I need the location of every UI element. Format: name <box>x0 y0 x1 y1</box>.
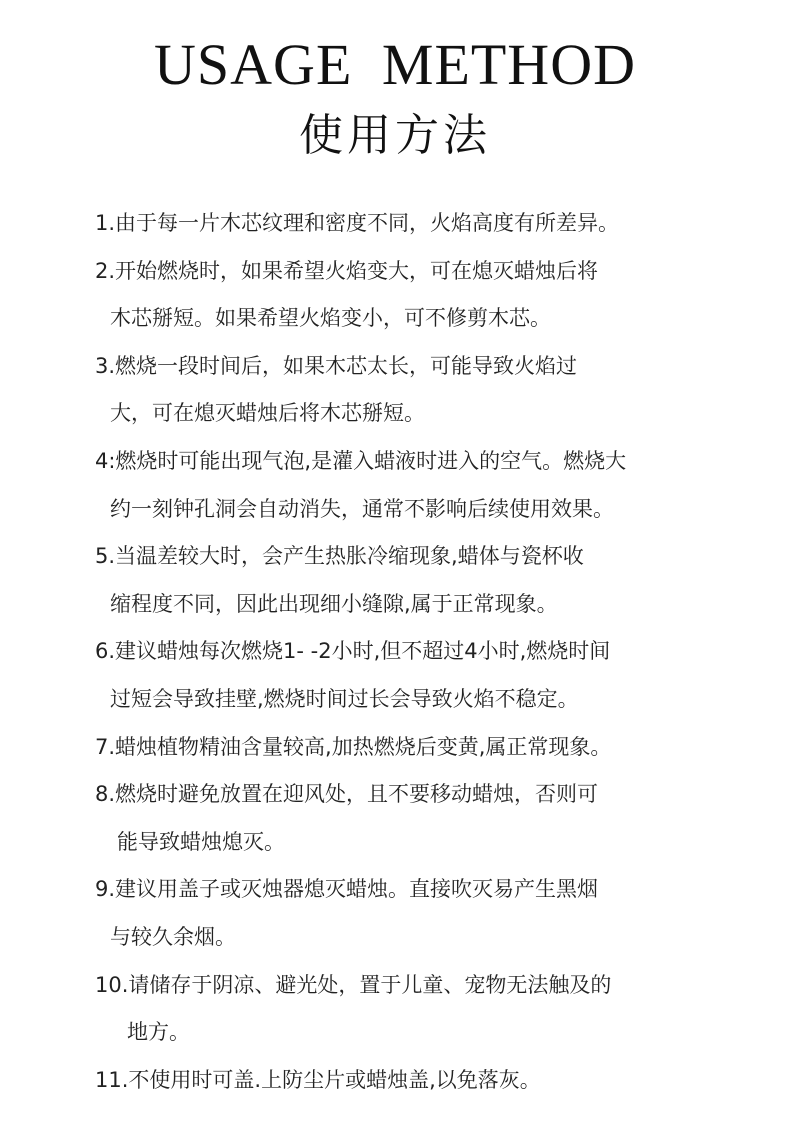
instruction-line: 7.蜡烛植物精油含量较高,加热燃烧后变黄,属正常现象。 <box>95 724 755 772</box>
instruction-item-2: 2.开始燃烧时，如果希望火焰变大，可在熄灭蜡烛后将 木芯掰短。如果希望火焰变小，… <box>95 248 755 343</box>
instruction-line: 6.建议蜡烛每次燃烧1- -2小时,但不超过4小时,燃烧时间 <box>95 628 755 676</box>
instruction-list: 1.由于每一片木芯纹理和密度不同，火焰高度有所差异。 2.开始燃烧时，如果希望火… <box>95 200 755 1104</box>
instruction-line: 8.燃烧时避免放置在迎风处，且不要移动蜡烛，否则可 <box>95 771 755 819</box>
instruction-line: 2.开始燃烧时，如果希望火焰变大，可在熄灭蜡烛后将 <box>95 248 755 296</box>
instruction-line-continued: 缩程度不同，因此出现细小缝隙,属于正常现象。 <box>95 581 755 629</box>
instruction-line-continued: 地方。 <box>95 1009 755 1057</box>
instruction-line-continued: 约一刻钟孔洞会自动消失，通常不影响后续使用效果。 <box>95 486 755 534</box>
instruction-line: 3.燃烧一段时间后，如果木芯太长，可能导致火焰过 <box>95 343 755 391</box>
instruction-line-continued: 过短会导致挂壁,燃烧时间过长会导致火焰不稳定。 <box>95 676 755 724</box>
instruction-line-continued: 能导致蜡烛熄灭。 <box>95 819 755 867</box>
instruction-line: 10.请储存于阴凉、避光处，置于儿童、宠物无法触及的 <box>95 962 755 1010</box>
instruction-line-continued: 大，可在熄灭蜡烛后将木芯掰短。 <box>95 390 755 438</box>
instruction-line: 11.不使用时可盖.上防尘片或蜡烛盖,以免落灰。 <box>95 1057 755 1105</box>
page-title-english: USAGE METHOD <box>0 34 790 96</box>
instruction-line-continued: 与较久余烟。 <box>95 914 755 962</box>
instruction-item-1: 1.由于每一片木芯纹理和密度不同，火焰高度有所差异。 <box>95 200 755 248</box>
instruction-line: 1.由于每一片木芯纹理和密度不同，火焰高度有所差异。 <box>95 200 755 248</box>
instruction-item-8: 8.燃烧时避免放置在迎风处，且不要移动蜡烛，否则可 能导致蜡烛熄灭。 <box>95 771 755 866</box>
page-title-chinese: 使用方法 <box>0 108 790 164</box>
instruction-item-7: 7.蜡烛植物精油含量较高,加热燃烧后变黄,属正常现象。 <box>95 724 755 772</box>
instruction-item-4: 4:燃烧时可能出现气泡,是灌入蜡液时进入的空气。燃烧大 约一刻钟孔洞会自动消失，… <box>95 438 755 533</box>
instruction-item-5: 5.当温差较大时，会产生热胀冷缩现象,蜡体与瓷杯收 缩程度不同，因此出现细小缝隙… <box>95 533 755 628</box>
instruction-item-6: 6.建议蜡烛每次燃烧1- -2小时,但不超过4小时,燃烧时间 过短会导致挂壁,燃… <box>95 628 755 723</box>
instruction-line: 5.当温差较大时，会产生热胀冷缩现象,蜡体与瓷杯收 <box>95 533 755 581</box>
instruction-line: 4:燃烧时可能出现气泡,是灌入蜡液时进入的空气。燃烧大 <box>95 438 755 486</box>
instruction-line-continued: 木芯掰短。如果希望火焰变小，可不修剪木芯。 <box>95 295 755 343</box>
instruction-line: 9.建议用盖子或灭烛器熄灭蜡烛。直接吹灭易产生黑烟 <box>95 866 755 914</box>
instruction-item-3: 3.燃烧一段时间后，如果木芯太长，可能导致火焰过 大，可在熄灭蜡烛后将木芯掰短。 <box>95 343 755 438</box>
instruction-item-11: 11.不使用时可盖.上防尘片或蜡烛盖,以免落灰。 <box>95 1057 755 1105</box>
instruction-item-9: 9.建议用盖子或灭烛器熄灭蜡烛。直接吹灭易产生黑烟 与较久余烟。 <box>95 866 755 961</box>
instruction-item-10: 10.请储存于阴凉、避光处，置于儿童、宠物无法触及的 地方。 <box>95 962 755 1057</box>
